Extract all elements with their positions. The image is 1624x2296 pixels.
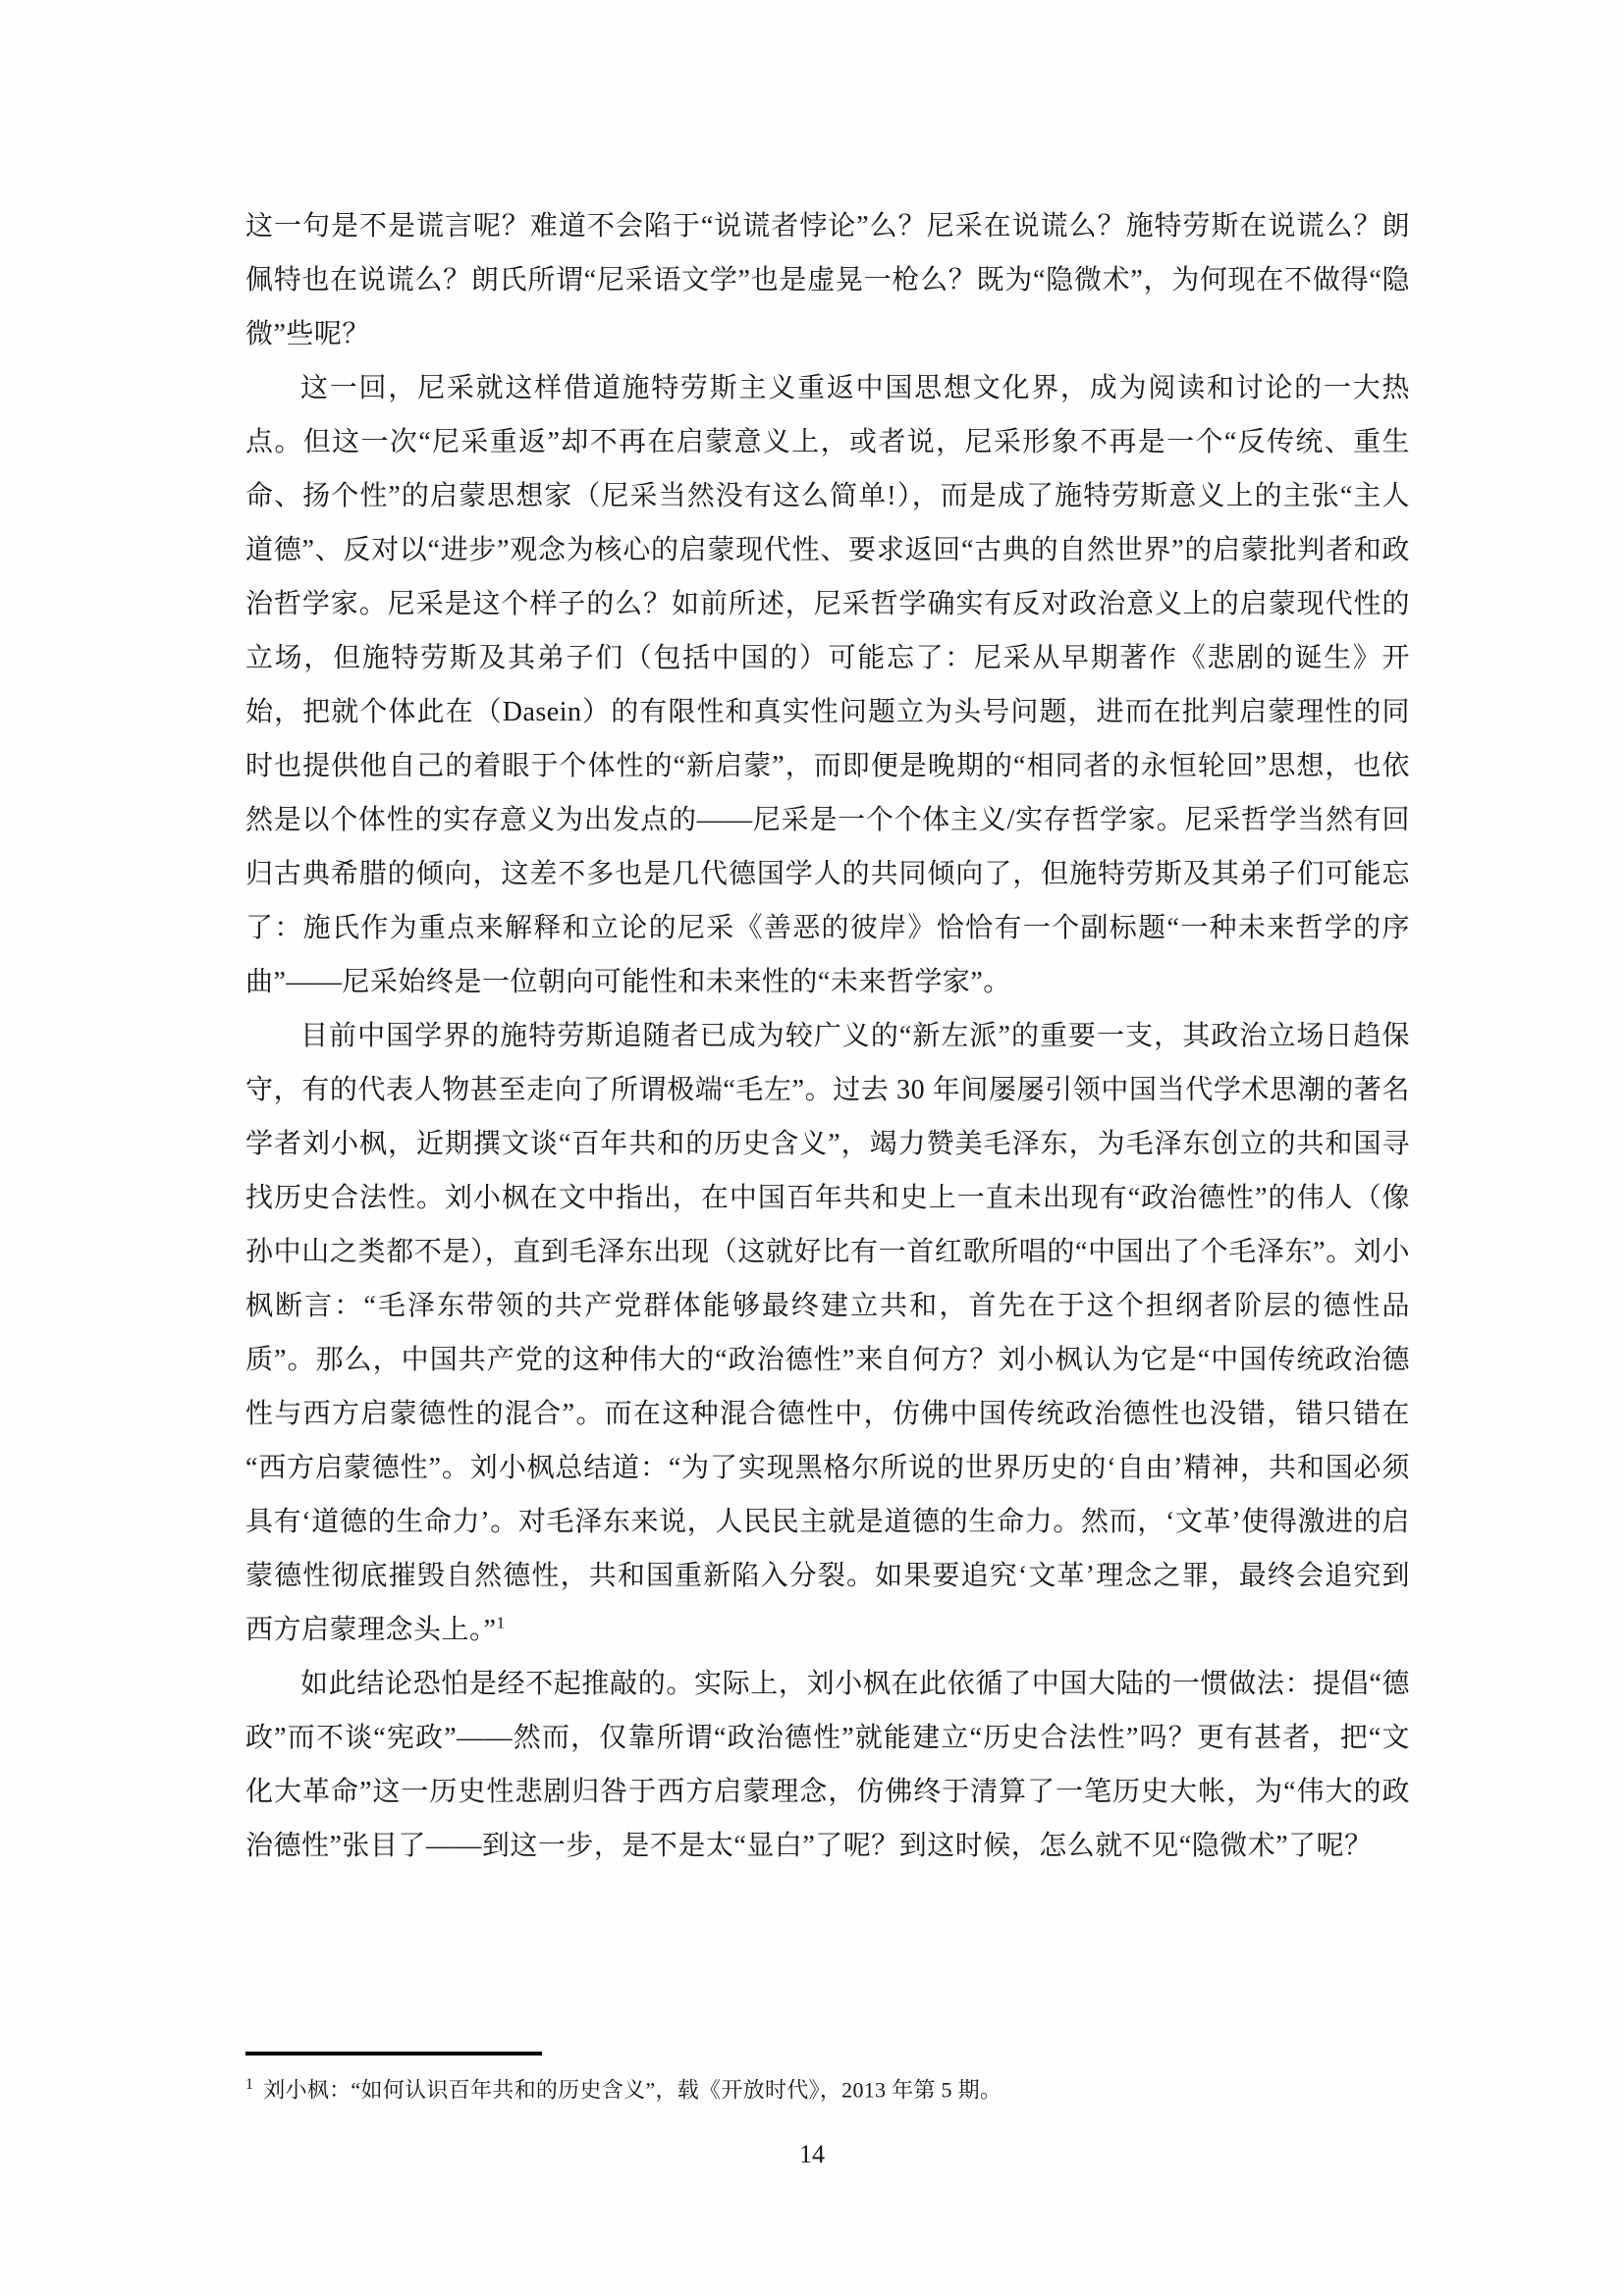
document-page: 这一句是不是谎言呢？难道不会陷于“说谎者悖论”么？尼采在说谎么？施特劳斯在说谎么… bbox=[0, 0, 1624, 2296]
footnote-area: 1刘小枫：“如何认识百年共和的历史含义”，载《开放时代》，2013 年第 5 期… bbox=[245, 2052, 1410, 2106]
page-number: 14 bbox=[0, 2135, 1624, 2174]
paragraph-2: 这一回，尼采就这样借道施特劳斯主义重返中国思想文化界，成为阅读和讨论的一大热点。… bbox=[245, 361, 1410, 1009]
footnote-reference: 1 bbox=[496, 1614, 505, 1632]
footnote-marker: 1 bbox=[245, 2076, 253, 2093]
paragraph-3-text: 目前中国学界的施特劳斯追随者已成为较广义的“新左派”的重要一支，其政治立场日趋保… bbox=[245, 1021, 1410, 1645]
footnote-separator bbox=[245, 2052, 542, 2056]
footnote: 1刘小枫：“如何认识百年共和的历史含义”，载《开放时代》，2013 年第 5 期… bbox=[245, 2069, 1410, 2106]
document-body: 这一句是不是谎言呢？难道不会陷于“说谎者悖论”么？尼采在说谎么？施特劳斯在说谎么… bbox=[245, 199, 1410, 1873]
paragraph-1: 这一句是不是谎言呢？难道不会陷于“说谎者悖论”么？尼采在说谎么？施特劳斯在说谎么… bbox=[245, 199, 1410, 361]
paragraph-4: 如此结论恐怕是经不起推敲的。实际上，刘小枫在此依循了中国大陆的一惯做法：提倡“德… bbox=[245, 1657, 1410, 1873]
footnote-text: 刘小枫：“如何认识百年共和的历史含义”，载《开放时代》，2013 年第 5 期。 bbox=[263, 2077, 1001, 2102]
paragraph-3: 目前中国学界的施特劳斯追随者已成为较广义的“新左派”的重要一支，其政治立场日趋保… bbox=[245, 1009, 1410, 1657]
